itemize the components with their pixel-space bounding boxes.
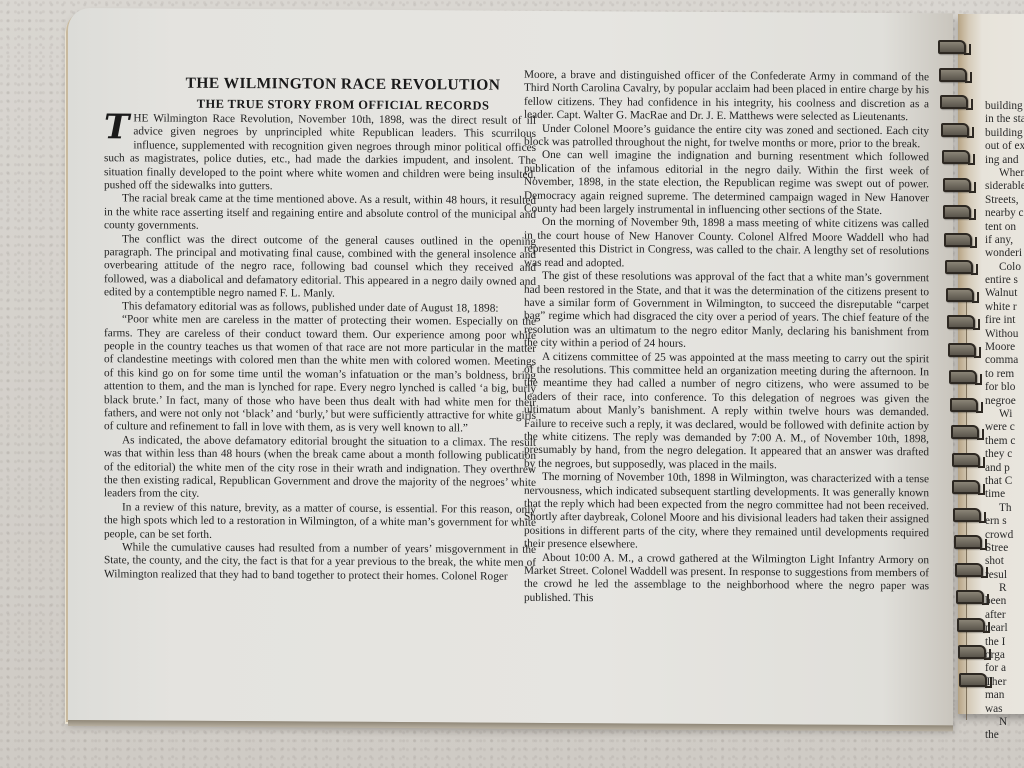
paragraph: The gist of these resolutions was approv… bbox=[524, 270, 929, 353]
next-page-line: ing and bbox=[985, 154, 1024, 167]
binding-coil-icon bbox=[958, 645, 986, 659]
drop-cap: T bbox=[104, 113, 129, 141]
binding-coil-icon bbox=[943, 178, 971, 192]
next-page-line: were c bbox=[985, 421, 1024, 434]
next-page-line: Withou bbox=[985, 328, 1024, 341]
paragraph: Moore, a brave and distinguished officer… bbox=[524, 69, 929, 125]
binding-coil-icon bbox=[940, 95, 968, 109]
paragraph: Under Colonel Moore’s guidance the entir… bbox=[524, 122, 929, 151]
next-page-line: for a bbox=[985, 662, 1024, 675]
next-page-line: was bbox=[985, 703, 1024, 716]
next-page-line: the I bbox=[985, 636, 1024, 649]
next-page-line: to rem bbox=[985, 368, 1024, 381]
paragraph: The conflict was the direct outcome of t… bbox=[104, 233, 536, 303]
next-page-line: Wi bbox=[985, 408, 1024, 421]
next-page-line: siderable bbox=[985, 180, 1024, 193]
binding-coil-icon bbox=[953, 508, 981, 522]
book-page: THE WILMINGTON RACE REVOLUTION THE TRUE … bbox=[68, 8, 953, 725]
next-page-line: resul bbox=[985, 569, 1024, 582]
heading-block: THE WILMINGTON RACE REVOLUTION THE TRUE … bbox=[148, 74, 538, 113]
next-page-line: Colo bbox=[985, 261, 1024, 274]
binding-coil-icon bbox=[952, 480, 980, 494]
binding-coil-icon bbox=[943, 205, 971, 219]
binding-coil-icon bbox=[938, 40, 966, 54]
binding-coil-icon bbox=[951, 425, 979, 439]
right-text-column: Moore, a brave and distinguished officer… bbox=[524, 69, 929, 608]
binding-coil-icon bbox=[946, 288, 974, 302]
binding-coil-icon bbox=[947, 315, 975, 329]
paragraph: One can well imagine the indignation and… bbox=[524, 149, 929, 219]
binding-coil-icon bbox=[945, 260, 973, 274]
next-page-line: the bbox=[985, 729, 1024, 742]
next-page-line: time bbox=[985, 488, 1024, 501]
next-page-line: shot bbox=[985, 555, 1024, 568]
next-page-line: negroe bbox=[985, 395, 1024, 408]
next-page-line: nearby c bbox=[985, 207, 1024, 220]
binding-coil-icon bbox=[957, 618, 985, 632]
next-page-line: entire s bbox=[985, 274, 1024, 287]
next-page-line: white r bbox=[985, 301, 1024, 314]
next-page-line: nearl bbox=[985, 622, 1024, 635]
next-page-line: When bbox=[985, 167, 1024, 180]
next-page-line: Streets, bbox=[985, 194, 1024, 207]
next-page-line: that C bbox=[985, 475, 1024, 488]
binding-coil-icon bbox=[948, 343, 976, 357]
next-page-line: Th bbox=[985, 502, 1024, 515]
binding-coil-icon bbox=[944, 233, 972, 247]
next-page-line: orga bbox=[985, 649, 1024, 662]
paragraph: The morning of November 10th, 1898 in Wi… bbox=[524, 471, 929, 554]
paragraph: “Poor white men are careless in the matt… bbox=[104, 313, 536, 436]
next-page-line: Stree bbox=[985, 542, 1024, 555]
page-title: THE WILMINGTON RACE REVOLUTION bbox=[148, 74, 538, 94]
next-page-line: wonderi bbox=[985, 247, 1024, 260]
binding-coil-icon bbox=[956, 590, 984, 604]
next-page-line: Ther bbox=[985, 676, 1024, 689]
next-page-line: and p bbox=[985, 462, 1024, 475]
paragraph: THE Wilmington Race Revolution, November… bbox=[104, 112, 536, 195]
next-page-line: comma bbox=[985, 354, 1024, 367]
paragraph: The racial break came at the time mentio… bbox=[104, 193, 536, 236]
paragraph: About 10:00 A. M., a crowd gathered at t… bbox=[524, 551, 929, 607]
paragraph: A citizens committee of 25 was appointed… bbox=[524, 350, 929, 473]
next-page-line: ern s bbox=[985, 515, 1024, 528]
next-page-line: crowd bbox=[985, 529, 1024, 542]
binding-coil-icon bbox=[955, 563, 983, 577]
next-page-line: Walnut bbox=[985, 287, 1024, 300]
paragraph: In a review of this nature, brevity, as … bbox=[104, 501, 536, 544]
next-page-line: after bbox=[985, 609, 1024, 622]
binding-coil-icon bbox=[952, 453, 980, 467]
next-page-line: if any, bbox=[985, 234, 1024, 247]
paragraph: On the morning of November 9th, 1898 a m… bbox=[524, 216, 929, 272]
left-text-column: THE Wilmington Race Revolution, November… bbox=[104, 112, 536, 584]
paragraph: As indicated, the above defamatory edito… bbox=[104, 434, 536, 504]
next-page-line: in the sta bbox=[985, 113, 1024, 126]
next-page-line: N bbox=[985, 716, 1024, 729]
binding-coil-icon bbox=[949, 370, 977, 384]
page-subtitle: THE TRUE STORY FROM OFFICIAL RECORDS bbox=[148, 96, 538, 113]
spiral-binding bbox=[938, 40, 978, 720]
next-page-line: out of ex bbox=[985, 140, 1024, 153]
binding-coil-icon bbox=[959, 673, 987, 687]
next-page-line: they c bbox=[985, 448, 1024, 461]
next-page-line: tent on bbox=[985, 221, 1024, 234]
next-page-line: been bbox=[985, 595, 1024, 608]
next-page-line: building bbox=[985, 127, 1024, 140]
binding-coil-icon bbox=[950, 398, 978, 412]
next-page-line: them c bbox=[985, 435, 1024, 448]
binding-coil-icon bbox=[939, 68, 967, 82]
paragraph: While the cumulative causes had resulted… bbox=[104, 541, 536, 584]
binding-coil-icon bbox=[954, 535, 982, 549]
next-page-line: Moore bbox=[985, 341, 1024, 354]
next-page-line: for blo bbox=[985, 381, 1024, 394]
next-page-text-fragment: building cin the stabuildingout of exing… bbox=[985, 100, 1024, 743]
binding-coil-icon bbox=[941, 123, 969, 137]
next-page-line: building c bbox=[985, 100, 1024, 113]
next-page-line: fire int bbox=[985, 314, 1024, 327]
next-page-line: man bbox=[985, 689, 1024, 702]
next-page-line: R bbox=[985, 582, 1024, 595]
binding-coil-icon bbox=[942, 150, 970, 164]
